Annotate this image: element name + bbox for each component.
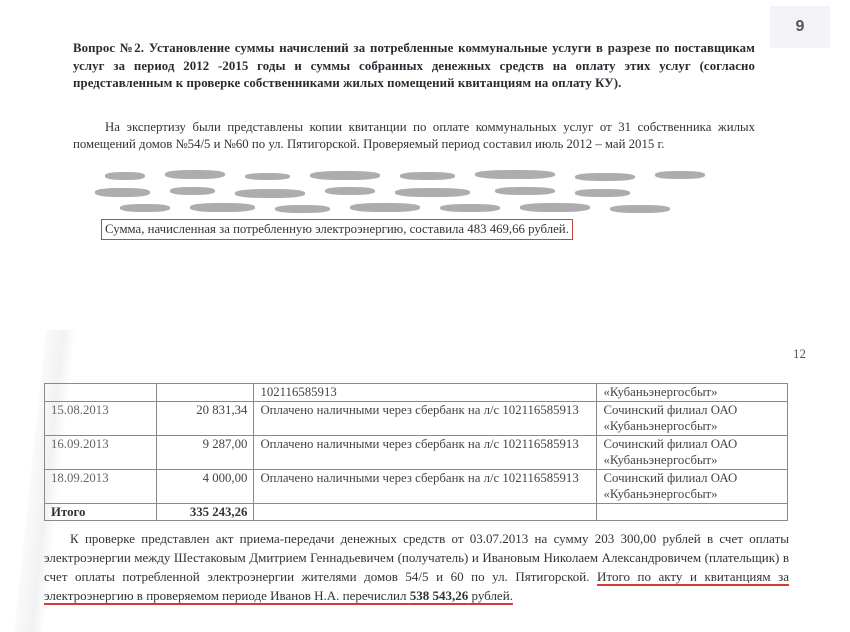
table-row: 16.09.2013 9 287,00 Оплачено наличными ч… — [45, 435, 788, 469]
cell-description: Оплачено наличными через сбербанк на л/с… — [254, 401, 597, 435]
table-row: 102116585913 «Кубаньэнергосбыт» — [45, 384, 788, 402]
table-total-row: Итого 335 243,26 — [45, 503, 788, 521]
payment-table: 102116585913 «Кубаньэнергосбыт» 15.08.20… — [44, 383, 788, 521]
page-number-bottom: 12 — [793, 346, 806, 362]
cell-amount: 4 000,00 — [157, 469, 254, 503]
total-amount: 335 243,26 — [157, 503, 254, 521]
redacted-text-block — [95, 170, 735, 220]
cell-description: Оплачено наличными через сбербанк на л/с… — [254, 469, 597, 503]
table-row: 18.09.2013 4 000,00 Оплачено наличными ч… — [45, 469, 788, 503]
cell-description: 102116585913 — [254, 384, 597, 402]
cell-date — [45, 384, 157, 402]
cell-recipient: Сочинский филиал ОАО «Кубаньэнергосбыт» — [597, 435, 788, 469]
intro-paragraph: На экспертизу были представлены копии кв… — [73, 119, 755, 153]
cell-amount — [157, 384, 254, 402]
cell-empty — [597, 503, 788, 521]
currency-suffix: рублей. — [468, 588, 513, 603]
cell-description: Оплачено наличными через сбербанк на л/с… — [254, 435, 597, 469]
cell-recipient: Сочинский филиал ОАО «Кубаньэнергосбыт» — [597, 401, 788, 435]
cell-amount: 20 831,34 — [157, 401, 254, 435]
highlighted-total-accrued: Сумма, начисленная за потребленную элект… — [101, 219, 573, 240]
conclusion-paragraph: К проверке представлен акт приема-переда… — [44, 529, 789, 605]
total-transferred-sum: 538 543,26 — [410, 588, 469, 603]
total-label: Итого — [45, 503, 157, 521]
cell-date: 15.08.2013 — [45, 401, 157, 435]
cell-empty — [254, 503, 597, 521]
cell-recipient: Сочинский филиал ОАО «Кубаньэнергосбыт» — [597, 469, 788, 503]
page-number-top: 9 — [770, 6, 830, 48]
table-row: 15.08.2013 20 831,34 Оплачено наличными … — [45, 401, 788, 435]
cell-date: 16.09.2013 — [45, 435, 157, 469]
cell-recipient: «Кубаньэнергосбыт» — [597, 384, 788, 402]
question-heading: Вопрос №2. Установление суммы начислений… — [73, 40, 755, 93]
cell-date: 18.09.2013 — [45, 469, 157, 503]
cell-amount: 9 287,00 — [157, 435, 254, 469]
